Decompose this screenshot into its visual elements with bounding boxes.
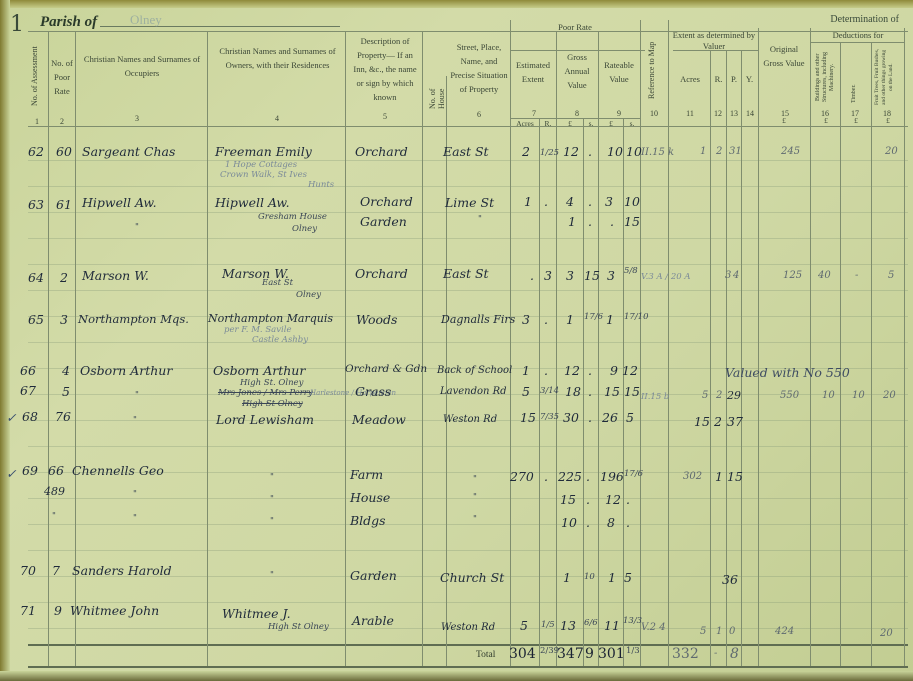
row-69b-rateable-shillings: . — [626, 492, 630, 507]
row-67-extent-r: 3/14 — [540, 386, 559, 396]
col-divider — [510, 20, 511, 666]
row-65-owner-address-1: per F. M. Savile — [224, 325, 291, 335]
row-68-valuer-r: 2 — [714, 414, 722, 429]
unit-gross-shilling: s. — [584, 119, 598, 128]
ruled-line — [28, 238, 908, 239]
row-67-gross-pounds: 18 — [565, 384, 581, 399]
header-r: R. — [711, 72, 726, 86]
row-71-gross-pounds: 13 — [560, 618, 576, 633]
row-69-extent-acres: 270 — [510, 469, 534, 484]
row-70-rateable-pounds: 1 — [608, 570, 616, 585]
unit-d18-pound: £ — [872, 116, 904, 125]
row-71-owner-address-1: High St Olney — [268, 622, 329, 632]
row-69-street-ditto: " — [473, 474, 477, 484]
row-69-gross-pounds: 225 — [558, 469, 582, 484]
row-65-gross-pounds: 1 — [566, 312, 574, 327]
row-69c-gross-pounds: 10 — [561, 515, 577, 530]
header-house-no: No. of House — [428, 80, 442, 118]
header-original-gross: Original Gross Value — [760, 42, 808, 70]
row-69b-occupier-ditto: " — [133, 489, 137, 499]
row-63-assessment: 63 — [28, 197, 44, 212]
row-62-rateable-pounds: 10 — [607, 144, 623, 159]
row-68-rateable-shillings: 5 — [626, 410, 634, 425]
row-69-poor-rate-no: 66 — [48, 463, 64, 478]
col-divider — [904, 28, 905, 666]
row-63-street: Lime St — [445, 195, 494, 210]
total-valuer-p: 8 — [730, 646, 739, 662]
row-71-extent-r: 1/5 — [541, 620, 555, 630]
unit-acres: Acres — [511, 119, 539, 128]
row-69-gross-shillings: . — [586, 469, 590, 484]
header-buildings: Buildings and other Structures, includin… — [815, 46, 837, 108]
total-gross-shillings: 9 — [585, 646, 594, 662]
row-69c-gross-shillings: . — [586, 515, 590, 530]
row-69-checkmark: ✓ — [6, 466, 16, 481]
row-67-original-gross: 550 — [780, 390, 799, 401]
row-66-description: Orchard & Gdn — [345, 363, 427, 375]
col-divider — [710, 50, 711, 666]
row-67-extent-acres: 5 — [522, 384, 530, 399]
colnum-6: 6 — [472, 110, 486, 119]
row-64-valuer-y: 4 — [733, 270, 739, 281]
row-62-valuer-p: 31 — [729, 146, 742, 157]
row-68-checkmark: ✓ — [6, 410, 16, 425]
row-67-valuer-acres: 5 — [702, 390, 708, 401]
colnum-1: 1 — [30, 117, 44, 126]
col-divider — [668, 20, 669, 666]
row-62-owner-address-3: Hunts — [308, 180, 334, 190]
row-70-rateable-shillings: 5 — [624, 570, 632, 585]
header-deductions: Deductions for — [812, 28, 904, 42]
header-poor-rate-no: No. of Poor Rate — [50, 56, 74, 98]
row-63b-description: Garden — [360, 214, 407, 229]
header-owners: Christian Names and Surnames of Owners, … — [215, 44, 340, 72]
col-divider — [48, 31, 49, 666]
row-66-gross-shillings: . — [588, 363, 592, 378]
total-extent-acres: 304 — [509, 646, 536, 662]
row-62-owner: Freeman Emily — [215, 144, 312, 159]
row-71-valuer-p: 0 — [729, 626, 735, 637]
total-gross-pounds: 347 — [557, 646, 584, 662]
row-67-valuer-p: 29 — [727, 389, 741, 402]
row-67-rateable-pounds: 15 — [604, 384, 620, 399]
row-69-extent-r: . — [544, 469, 548, 484]
row-69c-occupier-ditto: " — [133, 513, 137, 523]
col-divider — [345, 31, 346, 666]
row-66-poor-rate-no: 4 — [62, 363, 70, 378]
row-69-valuer-r: 1 — [715, 469, 723, 484]
row-63b-gross-shillings: . — [588, 214, 592, 229]
row-70-description: Garden — [350, 568, 397, 583]
row-63-occupier: Hipwell Aw. — [82, 195, 157, 210]
row-69-owner-ditto: " — [270, 472, 274, 482]
row-68-owner: Lord Lewisham — [216, 412, 314, 427]
colnum-9: 9 — [612, 109, 626, 118]
header-street: Street, Place, Name, and Precise Situati… — [450, 40, 508, 96]
row-62-gross-shillings: . — [588, 144, 592, 159]
row-64-map-ref: V.3 A / 20 A — [641, 272, 691, 282]
row-66-owner-address-1: High St. Olney — [240, 378, 303, 388]
row-64-description: Orchard — [355, 266, 408, 281]
row-71-original-gross: 424 — [775, 626, 794, 637]
unit-d17-pound: £ — [841, 116, 871, 125]
row-69c-rateable-pounds: 8 — [607, 515, 615, 530]
row-68-extent-r: 7/35 — [540, 412, 559, 422]
row-63-extent-acres: 1 — [524, 194, 532, 209]
row-64-deduction-buildings: 40 — [818, 270, 831, 281]
header-acres: Acres — [670, 72, 710, 86]
row-63-owner: Hipwell Aw. — [215, 195, 290, 210]
ruled-line — [28, 550, 908, 551]
row-65-gross-shillings: 17/6 — [584, 312, 603, 322]
row-67-valuer-r: 2 — [716, 390, 722, 401]
row-64-owner-address-1: East St — [262, 278, 293, 288]
row-62-poor-rate-no: 60 — [56, 144, 72, 159]
col-divider — [422, 31, 423, 666]
row-68-gross-pounds: 30 — [563, 410, 579, 425]
row-63-description: Orchard — [360, 194, 413, 209]
row-69b-gross-pounds: 15 — [560, 492, 576, 507]
row-67-map-ref: II.15 b — [641, 392, 669, 402]
row-65-street: Dagnalls Firs — [441, 313, 515, 326]
row-69-assessment: 69 — [22, 463, 38, 478]
row-63b-gross-pounds: 1 — [568, 214, 576, 229]
row-62-description: Orchard — [355, 144, 408, 159]
row-64-rateable-shillings: 5/8 — [624, 266, 638, 276]
row-63b-rateable-pounds: . — [610, 214, 614, 229]
row-64-occupier: Marson W. — [82, 268, 149, 283]
row-68-gross-shillings: . — [588, 410, 592, 425]
row-69b-gross-shillings: . — [586, 492, 590, 507]
row-68-extent-acres: 15 — [520, 410, 536, 425]
row-69c-poor-rate-ditto: " — [52, 511, 56, 521]
row-69-rateable-shillings: 17/6 — [624, 469, 643, 479]
row-71-valuer-acres: 5 — [700, 626, 706, 637]
row-65-rateable-pounds: 1 — [606, 312, 614, 327]
row-62-original-gross: 245 — [781, 146, 800, 157]
row-67-poor-rate-no: 5 — [62, 384, 70, 399]
row-68-street: Weston Rd — [443, 414, 497, 425]
row-71-poor-rate-no: 9 — [54, 603, 62, 618]
colnum-3: 3 — [130, 114, 144, 123]
row-66-gross-pounds: 12 — [564, 363, 580, 378]
header-extent-valuer: Extent as determined by Valuer — [670, 30, 758, 52]
row-69-rateable-pounds: 196 — [600, 469, 624, 484]
unit-orig-pound: £ — [760, 116, 808, 125]
colnum-14: 14 — [743, 109, 757, 118]
row-66-rateable-shillings: 12 — [622, 363, 638, 378]
ruled-line — [28, 212, 908, 213]
colnum-7: 7 — [527, 109, 541, 118]
row-68-occupier-ditto: " — [133, 415, 137, 425]
row-63-extent-r: . — [544, 194, 548, 209]
row-68-valuer-p: 37 — [727, 414, 743, 429]
row-66-extent-acres: 1 — [522, 363, 530, 378]
row-65-assessment: 65 — [28, 312, 44, 327]
row-64-rateable-pounds: 3 — [607, 268, 615, 283]
row-71-deduction-fruit: 20 — [880, 628, 893, 639]
col-divider — [840, 42, 841, 666]
row-70-gross-pounds: 1 — [563, 570, 571, 585]
row-65-extent-acres: 3 — [522, 312, 530, 327]
row-63-gross-shillings: . — [588, 194, 592, 209]
row-64-assessment: 64 — [28, 270, 44, 285]
row-65-owner-address-2: Castle Ashby — [252, 335, 308, 345]
row-62-owner-address-1: 1 Hope Cottages — [225, 160, 297, 170]
row-67-owner-struck: Mrs Jones / Mrs Perry — [218, 388, 313, 398]
row-66-extent-r: . — [544, 363, 548, 378]
row-62-street: East St — [443, 144, 489, 159]
row-63-owner-address-2: Olney — [292, 224, 317, 234]
row-65-rateable-shillings: 17/10 — [624, 312, 649, 322]
row-66-valued-note: Valued with No 550 — [725, 365, 850, 380]
row-69-description: Farm — [350, 467, 383, 482]
colnum-13: 13 — [727, 109, 741, 118]
row-64-gross-pounds: 3 — [566, 268, 574, 283]
row-63b-street-ditto: " — [478, 214, 482, 224]
row-62-gross-pounds: 12 — [563, 144, 579, 159]
row-68-description: Meadow — [352, 412, 406, 427]
row-69b-owner-ditto: " — [270, 494, 274, 504]
ruled-line — [28, 524, 908, 525]
row-68-rateable-pounds: 26 — [602, 410, 618, 425]
row-62-extent-r: 1/25 — [540, 148, 559, 158]
row-69-valuer-acres: 302 — [683, 471, 702, 482]
row-63-rateable-shillings: 10 — [624, 194, 640, 209]
row-66-assessment: 66 — [20, 363, 36, 378]
ruled-line — [28, 186, 908, 187]
ruled-line — [28, 264, 908, 265]
row-71-assessment: 71 — [20, 603, 36, 618]
header-timber: Timber. — [850, 80, 862, 108]
row-70-poor-rate-no: 7 — [52, 563, 60, 578]
unit-rate-shilling: s. — [624, 119, 640, 128]
row-62-extent-acres: 2 — [522, 144, 530, 159]
row-64-street: East St — [443, 266, 489, 281]
row-69b-poor-rate-no: 489 — [44, 485, 65, 498]
colnum-2: 2 — [55, 117, 69, 126]
row-69c-street-ditto: " — [473, 514, 477, 524]
row-66-rateable-pounds: 9 — [610, 363, 618, 378]
col-divider — [758, 28, 759, 666]
total-label: Total — [476, 650, 495, 660]
total-valuer-r: - — [714, 648, 717, 659]
header-assessment-no: No. of Assessment — [30, 46, 44, 106]
row-71-street: Weston Rd — [441, 622, 495, 633]
total-rateable-shillings: 1/3 — [626, 646, 640, 656]
row-64-deduction-timber: - — [855, 270, 858, 281]
row-70-occupier: Sanders Harold — [72, 563, 172, 578]
deductions-group-rule — [810, 42, 905, 43]
row-62-valuer-r: 2 — [716, 146, 722, 157]
col-divider — [207, 31, 208, 666]
row-69c-owner-ditto: " — [270, 516, 274, 526]
row-70-owner-ditto: " — [270, 570, 274, 580]
row-71-rateable-shillings: 13/3 — [623, 616, 642, 626]
row-67-deduction-timber: 10 — [852, 390, 865, 401]
total-bottom-rule — [28, 666, 908, 668]
row-67-gross-shillings: . — [588, 384, 592, 399]
ruled-line — [28, 498, 908, 499]
header-rateable-value: Rateable Value — [599, 58, 639, 86]
header-bottom-rule — [28, 126, 908, 127]
parish-label: Parish of — [40, 14, 97, 31]
row-63b-occupier-ditto: " — [135, 222, 139, 232]
row-62-map-ref: II.15 k — [641, 147, 674, 158]
ruled-line — [28, 160, 908, 161]
row-71-gross-shillings: 6/6 — [584, 618, 598, 628]
row-63-poor-rate-no: 61 — [56, 197, 72, 212]
ruled-line — [28, 290, 908, 291]
col-divider — [871, 42, 872, 666]
row-71-valuer-r: 1 — [716, 626, 722, 637]
total-rateable-pounds: 301 — [598, 646, 625, 662]
row-69b-street-ditto: " — [473, 492, 477, 502]
col-divider — [583, 118, 584, 666]
row-71-owner: Whitmee J. — [222, 606, 291, 621]
colnum-4: 4 — [270, 114, 284, 123]
row-62-owner-address-2: Crown Walk, St Ives — [220, 170, 307, 180]
row-69-valuer-p: 15 — [727, 469, 743, 484]
ruled-line — [28, 446, 908, 447]
page-mark: 1 — [10, 12, 24, 37]
row-64-original-gross: 125 — [783, 270, 802, 281]
row-67-occupier-ditto: " — [135, 390, 139, 400]
row-63-rateable-pounds: 3 — [605, 194, 613, 209]
ruled-line — [28, 342, 908, 343]
col-divider — [640, 20, 641, 666]
row-65-owner: Northampton Marquis — [208, 312, 333, 325]
header-gross-annual-value: Gross Annual Value — [557, 50, 597, 92]
header-estimated-extent: Estimated Extent — [511, 58, 555, 86]
unit-rate-pound: £ — [599, 119, 623, 128]
row-71-extent-acres: 5 — [520, 618, 528, 633]
row-67-owner-address-struck: High St Olney — [242, 399, 303, 409]
row-62-deduction-fruit: 20 — [885, 146, 898, 157]
row-67-street: Lavendon Rd — [440, 386, 507, 397]
row-67-description: Grass — [355, 384, 391, 399]
row-67-rateable-shillings: 15 — [624, 384, 640, 399]
row-64-extent-acres: . — [530, 268, 534, 283]
total-valuer-acres: 332 — [672, 646, 699, 662]
row-69c-rateable-shillings: . — [626, 515, 630, 530]
row-62-occupier: Sargeant Chas — [82, 144, 175, 159]
page-edge-top — [0, 0, 913, 8]
row-71-rateable-pounds: 11 — [604, 618, 620, 633]
row-71-occupier: Whitmee John — [70, 603, 159, 618]
colnum-5: 5 — [378, 112, 392, 121]
col-divider — [741, 50, 742, 666]
col-divider — [810, 28, 811, 666]
row-69b-description: House — [350, 490, 390, 505]
row-69c-description: Bldgs — [350, 513, 386, 528]
row-65-poor-rate-no: 3 — [60, 312, 68, 327]
ruled-line — [28, 602, 908, 603]
page-edge-bottom — [0, 671, 913, 681]
row-66-occupier: Osborn Arthur — [80, 363, 172, 378]
header-occupiers: Christian Names and Surnames of Occupier… — [82, 52, 202, 80]
colnum-10: 10 — [647, 109, 661, 118]
header-p: P. — [727, 72, 741, 86]
unit-d16-pound: £ — [812, 116, 840, 125]
row-70-valuer-p: 36 — [722, 572, 738, 587]
row-63-gross-pounds: 4 — [566, 194, 574, 209]
row-68-poor-rate-no: 76 — [55, 409, 71, 424]
page-edge-left — [0, 0, 10, 681]
row-65-description: Woods — [356, 312, 397, 327]
row-62-assessment: 62 — [28, 144, 44, 159]
unit-r: R. — [540, 119, 556, 128]
row-71-map-ref: V.2 4 — [641, 622, 666, 633]
colnum-12: 12 — [711, 109, 725, 118]
row-63b-rateable-shillings: 15 — [624, 214, 640, 229]
colnum-8: 8 — [570, 109, 584, 118]
header-top-rule — [28, 31, 908, 32]
row-64-gross-shillings: 15 — [584, 268, 600, 283]
row-68-assessment: 68 — [22, 409, 38, 424]
row-65-occupier: Northampton Mqs. — [78, 312, 189, 326]
header-description: Description of Property— If an Inn, &c.,… — [350, 34, 420, 104]
row-67-deduction-fruit: 20 — [883, 390, 896, 401]
row-70-gross-shillings: 10 — [584, 572, 595, 582]
row-67-deduction-buildings: 10 — [822, 390, 835, 401]
determination-label: Determination of — [830, 14, 899, 25]
row-64-extent-r: 3 — [544, 268, 552, 283]
header-poor-rate: Poor Rate — [512, 20, 638, 34]
row-64-valuer-p: 3 — [725, 270, 731, 281]
row-62-rateable-shillings: 10 — [626, 144, 642, 159]
colnum-11: 11 — [683, 109, 697, 118]
row-64-poor-rate-no: 2 — [60, 270, 68, 285]
row-66-street: Back of School — [437, 365, 512, 376]
parish-value: Olney — [130, 12, 162, 28]
header-reference-map: Reference to Map — [647, 40, 661, 100]
row-70-assessment: 70 — [20, 563, 36, 578]
row-65-extent-r: . — [544, 312, 548, 327]
row-69b-rateable-pounds: 12 — [605, 492, 621, 507]
row-66-owner: Osborn Arthur — [213, 363, 305, 378]
row-62-valuer-acres: 1 — [700, 146, 706, 157]
header-y: Y. — [742, 72, 757, 86]
row-63-owner-address-1: Gresham House — [258, 212, 327, 222]
row-71-description: Arable — [352, 613, 394, 628]
header-fruit-trees: Fruit Trees, Fruit Bushes, and other thi… — [874, 46, 900, 108]
row-68-valuer-acres: 15 — [694, 414, 710, 429]
row-70-street: Church St — [440, 570, 504, 585]
unit-gross-pound: £ — [557, 119, 583, 128]
row-64-deduction-fruit: 5 — [888, 270, 894, 281]
row-67-assessment: 67 — [20, 383, 36, 398]
row-64-owner-address-2: Olney — [296, 290, 321, 300]
row-69-occupier: Chennells Geo — [72, 463, 164, 478]
total-top-rule — [28, 644, 908, 646]
